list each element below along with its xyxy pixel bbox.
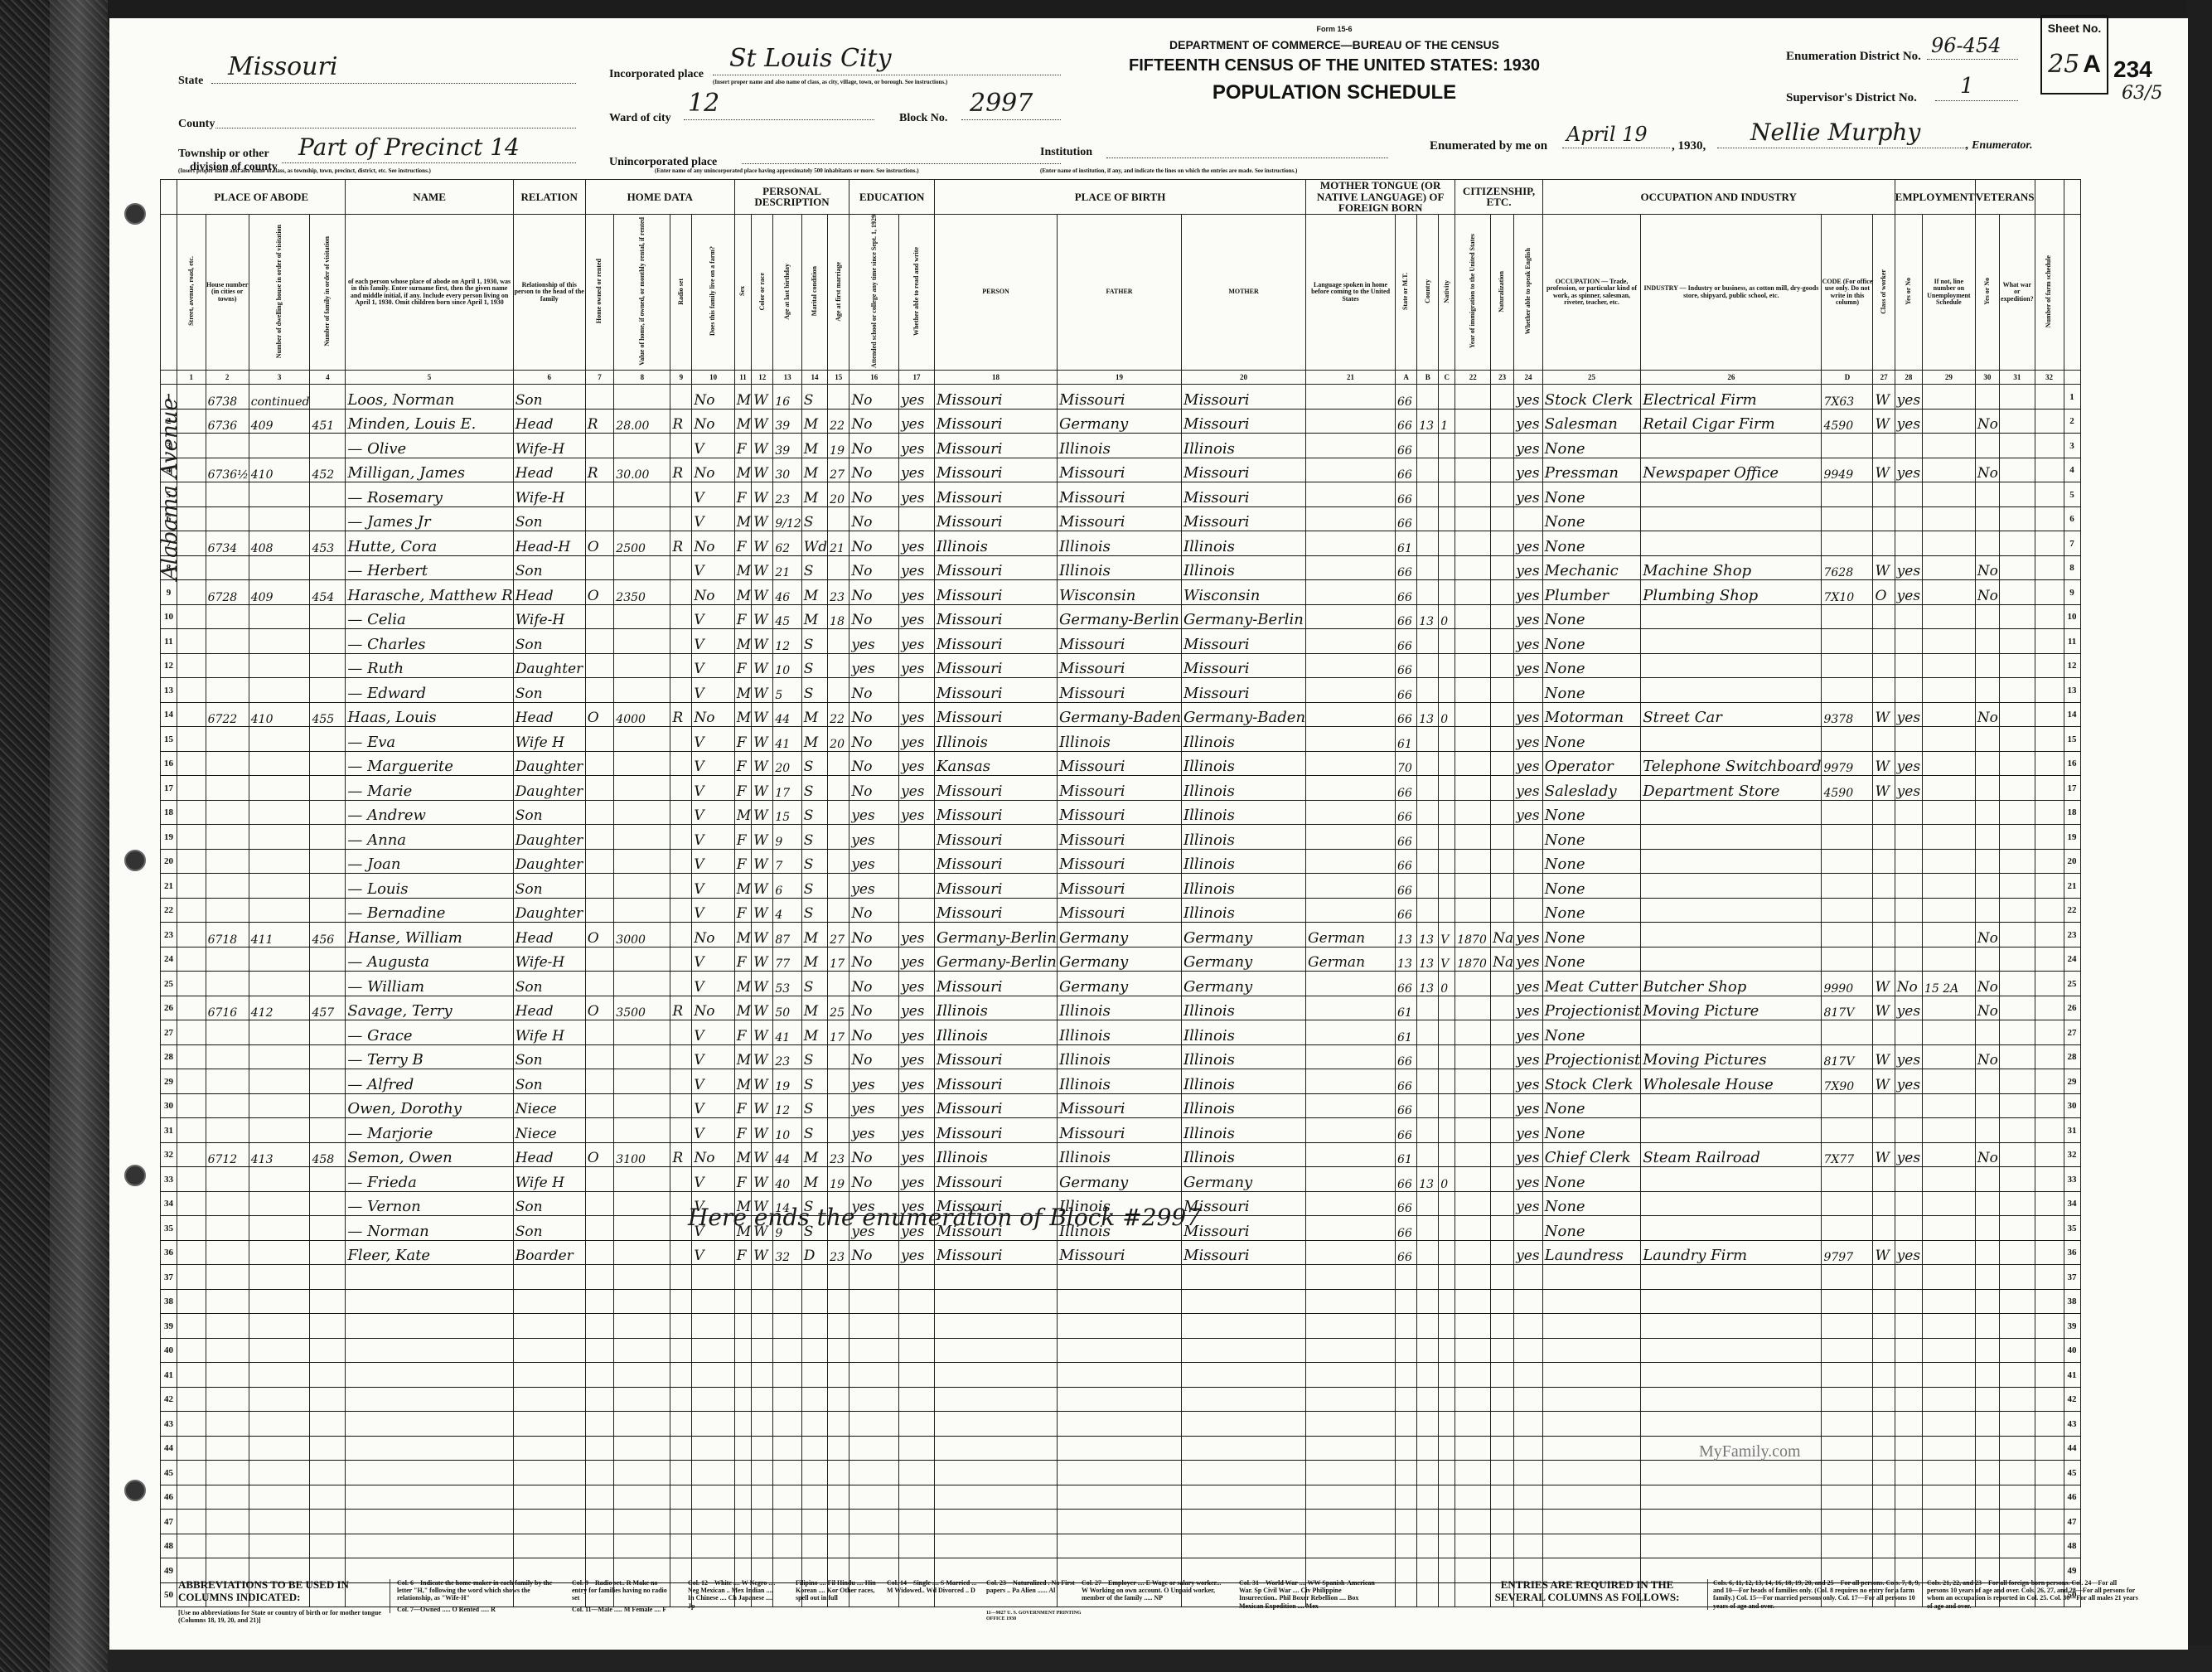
cell-marital: M <box>801 580 827 605</box>
cell-father-birth: Missouri <box>1058 385 1182 410</box>
cell-unemp <box>1922 947 1975 972</box>
table-row: 11— CharlesSonVMW12SyesyesMissouriMissou… <box>161 629 2081 654</box>
cell-father-birth: Wisconsin <box>1058 580 1182 605</box>
cell-age: 62 <box>773 531 801 556</box>
cell-work: yes <box>1895 996 1922 1020</box>
cell-war <box>2000 1436 2035 1461</box>
cell-farm-sched <box>2035 1338 2064 1363</box>
cell-war <box>2000 458 2035 482</box>
cell-relation: Head <box>513 923 585 947</box>
line-number-right: 35 <box>2064 1216 2080 1241</box>
cell-natur <box>1491 1485 1514 1510</box>
cell-code-b <box>1417 580 1439 605</box>
cell-school: No <box>849 898 899 923</box>
cell-school <box>849 1314 899 1339</box>
cell-street <box>177 849 206 874</box>
cell-read: yes <box>899 947 935 972</box>
cell-relation <box>513 1510 585 1534</box>
cell-owned <box>585 1044 614 1069</box>
incorporated-value: St Louis City <box>729 44 892 73</box>
line-number: 43 <box>161 1412 177 1437</box>
cell-code-a: 61 <box>1396 1020 1417 1045</box>
cell-age-marr: 17 <box>828 947 849 972</box>
cell-street <box>177 1387 206 1412</box>
cell-read <box>899 1363 935 1388</box>
cell-immig <box>1455 555 1491 580</box>
cell-code-c <box>1439 727 1455 752</box>
cell-code-c <box>1439 1265 1455 1290</box>
table-row: 5— RosemaryWife-HVFW23M20NoyesMissouriMi… <box>161 482 2081 507</box>
cell-marital: M <box>801 434 827 458</box>
cell-farm <box>692 1412 734 1437</box>
cell-read <box>899 1289 935 1314</box>
cell-code-b <box>1417 629 1439 654</box>
cell-immig <box>1455 409 1491 434</box>
cell-mother-birth: Illinois <box>1182 727 1306 752</box>
line-number-right: 10 <box>2064 604 2080 629</box>
cell-marital: S <box>801 898 827 923</box>
cell-sex: M <box>734 555 751 580</box>
cell-marital: M <box>801 1167 827 1192</box>
table-row: 4747 <box>161 1510 2081 1534</box>
cell-occ-code: 4590 <box>1822 409 1873 434</box>
cell-owned <box>585 1510 614 1534</box>
cell-mother-birth: Illinois <box>1182 898 1306 923</box>
cell-age-marr: 19 <box>828 434 849 458</box>
cell-name: — Herbert <box>346 555 513 580</box>
cell-family <box>310 1216 346 1241</box>
cell-class <box>1873 1338 1895 1363</box>
cell-father-birth: Germany <box>1058 972 1182 996</box>
cell-house: 6734 <box>206 531 249 556</box>
cell-family <box>310 1265 346 1290</box>
cell-code-a: 61 <box>1396 531 1417 556</box>
cell-unemp <box>1922 1314 1975 1339</box>
cell-code-c <box>1439 1093 1455 1118</box>
population-schedule-table: PLACE OF ABODENAMERELATIONHOME DATAPERSO… <box>160 179 2081 1607</box>
cell-race: W <box>752 849 773 874</box>
cell-street <box>177 800 206 825</box>
cell-read <box>899 1461 935 1485</box>
cell-name: — Eva <box>346 727 513 752</box>
cell-work <box>1895 1020 1922 1045</box>
cell-work <box>1895 1338 1922 1363</box>
cell-occupation <box>1542 1412 1641 1437</box>
cell-unemp <box>1922 1191 1975 1216</box>
cell-age: 45 <box>773 604 801 629</box>
cell-street <box>177 385 206 410</box>
cell-code-c <box>1439 898 1455 923</box>
cell-code-a: 13 <box>1396 947 1417 972</box>
cell-school: No <box>849 555 899 580</box>
cell-age <box>773 1510 801 1534</box>
cell-natur <box>1491 1461 1514 1485</box>
cell-occupation <box>1542 1363 1641 1388</box>
cell-tongue <box>1306 531 1396 556</box>
cell-class: W <box>1873 751 1895 776</box>
veterans-header: VETERANS <box>1975 180 2035 215</box>
cell-street <box>177 825 206 850</box>
cell-relation: Wife H <box>513 1167 585 1192</box>
cell-farm: V <box>692 629 734 654</box>
cell-occ-code: 7X10 <box>1822 580 1873 605</box>
cell-work <box>1895 849 1922 874</box>
cell-read <box>899 1510 935 1534</box>
cell-occupation <box>1542 1387 1641 1412</box>
sub-column-header: Yes or No <box>1895 214 1922 370</box>
cell-occ-code <box>1822 1387 1873 1412</box>
cell-occ-code: 7X90 <box>1822 1069 1873 1094</box>
cell-tongue <box>1306 1118 1396 1143</box>
line-number: 35 <box>161 1216 177 1241</box>
cell-marital: S <box>801 825 827 850</box>
cell-father-birth: Germany <box>1058 947 1182 972</box>
table-header: PLACE OF ABODENAMERELATIONHOME DATAPERSO… <box>161 180 2081 385</box>
enumerated-date: April 19 <box>1566 123 1648 146</box>
line-number: 2 <box>161 409 177 434</box>
cell-occupation <box>1542 1265 1641 1290</box>
cell-code-a <box>1396 1338 1417 1363</box>
cell-relation: Wife H <box>513 727 585 752</box>
cell-name: — Terry B <box>346 1044 513 1069</box>
cell-read: yes <box>899 409 935 434</box>
line-number: 34 <box>161 1191 177 1216</box>
cell-immig <box>1455 1069 1491 1094</box>
cell-english: yes <box>1514 1044 1543 1069</box>
cell-class: W <box>1873 1044 1895 1069</box>
cell-value <box>614 898 670 923</box>
cell-unemp <box>1922 800 1975 825</box>
sub-column-header: Whether able to speak English <box>1514 214 1543 370</box>
cell-relation <box>513 1265 585 1290</box>
cell-father-birth: Germany-Berlin <box>1058 604 1182 629</box>
cell-class <box>1873 1191 1895 1216</box>
line-number-right: 41 <box>2064 1363 2080 1388</box>
cell-relation: Wife-H <box>513 604 585 629</box>
cell-street <box>177 1216 206 1241</box>
cell-farm-sched <box>2035 1093 2064 1118</box>
cell-race: W <box>752 776 773 801</box>
cell-war <box>2000 898 2035 923</box>
cell-english: yes <box>1514 727 1543 752</box>
table-row: 236718411456Hanse, WilliamHeadO3000NoMW8… <box>161 923 2081 947</box>
line-number: 48 <box>161 1534 177 1558</box>
cell-read: yes <box>899 923 935 947</box>
cell-street <box>177 409 206 434</box>
supervisor-field: 1 <box>1935 70 2018 101</box>
cell-occ-code <box>1822 482 1873 507</box>
cell-farm <box>692 1314 734 1339</box>
cell-mother-birth: Missouri <box>1182 678 1306 703</box>
cell-birth <box>935 1510 1058 1534</box>
cell-value <box>614 1412 670 1437</box>
line-number: 47 <box>161 1510 177 1534</box>
cell-house <box>206 1265 249 1290</box>
cell-age-marr: 27 <box>828 458 849 482</box>
table-row: 22— BernadineDaughterVFW4SNoMissouriMiss… <box>161 898 2081 923</box>
cell-tongue <box>1306 1020 1396 1045</box>
cell-work <box>1895 898 1922 923</box>
cell-class <box>1873 1412 1895 1437</box>
cell-relation: Head-H <box>513 531 585 556</box>
cell-farm-sched <box>2035 1118 2064 1143</box>
cell-occ-code <box>1822 825 1873 850</box>
cell-value <box>614 1289 670 1314</box>
cell-birth: Missouri <box>935 385 1058 410</box>
cell-vet <box>1975 1461 1999 1485</box>
cell-birth <box>935 1289 1058 1314</box>
cell-relation: Son <box>513 972 585 996</box>
cell-occupation: None <box>1542 629 1641 654</box>
cell-value <box>614 1461 670 1485</box>
column-number: 14 <box>801 371 827 385</box>
line-number: 16 <box>161 751 177 776</box>
cell-school: No <box>849 678 899 703</box>
cell-farm <box>692 1510 734 1534</box>
cell-dwelling <box>249 1044 310 1069</box>
cell-code-a: 66 <box>1396 506 1417 531</box>
cell-birth: Missouri <box>935 1167 1058 1192</box>
cell-relation <box>513 1461 585 1485</box>
cell-work: yes <box>1895 702 1922 727</box>
cell-family: 451 <box>310 409 346 434</box>
cell-birth: Missouri <box>935 555 1058 580</box>
cell-immig <box>1455 751 1491 776</box>
cell-industry: Department Store <box>1641 776 1822 801</box>
cell-owned <box>585 751 614 776</box>
cell-relation: Son <box>513 1044 585 1069</box>
cell-mother-birth: Illinois <box>1182 1118 1306 1143</box>
cell-industry: Newspaper Office <box>1641 458 1822 482</box>
cell-name: Savage, Terry <box>346 996 513 1020</box>
cell-name <box>346 1510 513 1534</box>
line-number: 8 <box>161 555 177 580</box>
ed-value: 96-454 <box>1931 34 2001 57</box>
sub-column-header: Naturalization <box>1491 214 1514 370</box>
line-number-right: 9 <box>2064 580 2080 605</box>
cell-birth: Missouri <box>935 678 1058 703</box>
table-row: 146722410455Haas, LouisHeadO4000RNoMW44M… <box>161 702 2081 727</box>
cell-occ-code: 9990 <box>1822 972 1873 996</box>
cell-school: No <box>849 1167 899 1192</box>
sub-column-header: If not, line number on Unemployment Sche… <box>1922 214 1975 370</box>
cell-work <box>1895 1289 1922 1314</box>
cell-class <box>1873 825 1895 850</box>
cell-occupation: Stock Clerk <box>1542 385 1641 410</box>
cell-age-marr <box>828 506 849 531</box>
cell-marital: S <box>801 678 827 703</box>
cell-house <box>206 1118 249 1143</box>
cell-street <box>177 1289 206 1314</box>
cell-industry <box>1641 434 1822 458</box>
cell-occ-code <box>1822 678 1873 703</box>
cell-owned <box>585 825 614 850</box>
cell-war <box>2000 1289 2035 1314</box>
cell-work <box>1895 1093 1922 1118</box>
cell-radio <box>670 653 692 678</box>
cell-occupation: None <box>1542 947 1641 972</box>
cell-marital: S <box>801 385 827 410</box>
cell-occ-code: 9949 <box>1822 458 1873 482</box>
cell-dwelling: 412 <box>249 996 310 1020</box>
cell-war <box>2000 923 2035 947</box>
cell-read <box>899 1412 935 1437</box>
cell-dwelling <box>249 849 310 874</box>
cell-english: yes <box>1514 1142 1543 1167</box>
cell-house <box>206 653 249 678</box>
cell-immig <box>1455 702 1491 727</box>
cell-marital: S <box>801 629 827 654</box>
cell-unemp <box>1922 1363 1975 1388</box>
cell-vet <box>1975 678 1999 703</box>
cell-family <box>310 482 346 507</box>
cell-read <box>899 1314 935 1339</box>
cell-race: W <box>752 1020 773 1045</box>
cell-occupation: None <box>1542 678 1641 703</box>
cell-industry <box>1641 825 1822 850</box>
cell-farm-sched <box>2035 629 2064 654</box>
cell-birth <box>935 1314 1058 1339</box>
cell-war <box>2000 385 2035 410</box>
cell-age: 6 <box>773 874 801 899</box>
cell-work <box>1895 434 1922 458</box>
cell-tongue <box>1306 1510 1396 1534</box>
cell-mother-birth: Illinois <box>1182 555 1306 580</box>
cell-class <box>1873 1461 1895 1485</box>
cell-radio <box>670 604 692 629</box>
cell-school: No <box>849 506 899 531</box>
cell-relation: Son <box>513 678 585 703</box>
cell-farm: No <box>692 702 734 727</box>
cell-code-a <box>1396 1314 1417 1339</box>
sub-column-header: Value of home, if owned, or monthly rent… <box>614 214 670 370</box>
cell-owned <box>585 1069 614 1094</box>
cell-dwelling <box>249 1510 310 1534</box>
cell-father-birth: Missouri <box>1058 482 1182 507</box>
cell-value: 30.00 <box>614 458 670 482</box>
cell-english: yes <box>1514 1240 1543 1265</box>
cell-tongue <box>1306 825 1396 850</box>
cell-english: yes <box>1514 923 1543 947</box>
cell-code-a <box>1396 1363 1417 1388</box>
cell-immig <box>1455 1191 1491 1216</box>
cell-birth <box>935 1363 1058 1388</box>
cell-marital: S <box>801 555 827 580</box>
cell-value <box>614 1240 670 1265</box>
cell-work <box>1895 1191 1922 1216</box>
cell-farm: No <box>692 458 734 482</box>
cell-code-c <box>1439 1314 1455 1339</box>
cell-radio <box>670 629 692 654</box>
cell-english <box>1514 1363 1543 1388</box>
cell-mother-birth: Illinois <box>1182 1020 1306 1045</box>
cell-english: yes <box>1514 972 1543 996</box>
line-number: 24 <box>161 947 177 972</box>
cell-occ-code <box>1822 1436 1873 1461</box>
cell-age: 19 <box>773 1069 801 1094</box>
cell-house <box>206 825 249 850</box>
cell-value: 28.00 <box>614 409 670 434</box>
cell-code-a <box>1396 1461 1417 1485</box>
cell-occupation: None <box>1542 531 1641 556</box>
cell-code-b <box>1417 1289 1439 1314</box>
cell-farm-sched <box>2035 555 2064 580</box>
cell-mother-birth <box>1182 1363 1306 1388</box>
incorporated-field: St Louis City <box>713 41 1061 75</box>
column-number: 5 <box>346 371 513 385</box>
line-number: 44 <box>161 1436 177 1461</box>
cell-owned <box>585 1436 614 1461</box>
cell-farm-sched <box>2035 580 2064 605</box>
cell-age-marr <box>828 1485 849 1510</box>
cell-code-c: V <box>1439 923 1455 947</box>
cell-farm: V <box>692 653 734 678</box>
table-row: 4242 <box>161 1387 2081 1412</box>
cell-tongue <box>1306 1338 1396 1363</box>
cell-school: yes <box>849 1118 899 1143</box>
cell-occ-code <box>1822 898 1873 923</box>
cell-dwelling <box>249 1363 310 1388</box>
cell-house <box>206 1534 249 1558</box>
column-number: 17 <box>899 371 935 385</box>
cell-unemp <box>1922 1265 1975 1290</box>
table-row: 36Fleer, KateBoarderVFW32D23NoyesMissour… <box>161 1240 2081 1265</box>
cell-code-b <box>1417 385 1439 410</box>
cell-read: yes <box>899 1020 935 1045</box>
institution-label: Institution <box>1040 146 1092 159</box>
township-field: Part of Precinct 14 <box>282 133 576 163</box>
cell-dwelling <box>249 604 310 629</box>
cell-school <box>849 1510 899 1534</box>
cell-class: W <box>1873 458 1895 482</box>
cell-code-c <box>1439 849 1455 874</box>
cell-father-birth: Illinois <box>1058 1044 1182 1069</box>
cell-industry <box>1641 1289 1822 1314</box>
cell-occ-code <box>1822 1289 1873 1314</box>
cell-age-marr <box>828 776 849 801</box>
cell-family <box>310 1534 346 1558</box>
cell-father-birth <box>1058 1387 1182 1412</box>
cell-work: yes <box>1895 776 1922 801</box>
cell-class <box>1873 1289 1895 1314</box>
sub-column-header: PERSON <box>935 214 1058 370</box>
cell-value <box>614 947 670 972</box>
cell-natur <box>1491 385 1514 410</box>
cell-dwelling <box>249 629 310 654</box>
cell-farm: V <box>692 972 734 996</box>
cell-name: — James Jr <box>346 506 513 531</box>
cell-age: 40 <box>773 1167 801 1192</box>
cell-family <box>310 1240 346 1265</box>
cell-sex: F <box>734 653 751 678</box>
cell-code-a: 66 <box>1396 1216 1417 1241</box>
cell-race: W <box>752 506 773 531</box>
cell-house <box>206 604 249 629</box>
line-number: 17 <box>161 776 177 801</box>
cell-age: 50 <box>773 996 801 1020</box>
cell-school: No <box>849 727 899 752</box>
cell-code-b <box>1417 1436 1439 1461</box>
cell-street <box>177 506 206 531</box>
cell-code-a: 66 <box>1396 1167 1417 1192</box>
cell-code-c <box>1439 1216 1455 1241</box>
cell-marital: S <box>801 1069 827 1094</box>
cell-occ-code: 7X77 <box>1822 1142 1873 1167</box>
cell-occ-code <box>1822 1363 1873 1388</box>
cell-english <box>1514 506 1543 531</box>
table-row: 266716412457Savage, TerryHeadO3500RNoMW5… <box>161 996 2081 1020</box>
cell-natur <box>1491 482 1514 507</box>
